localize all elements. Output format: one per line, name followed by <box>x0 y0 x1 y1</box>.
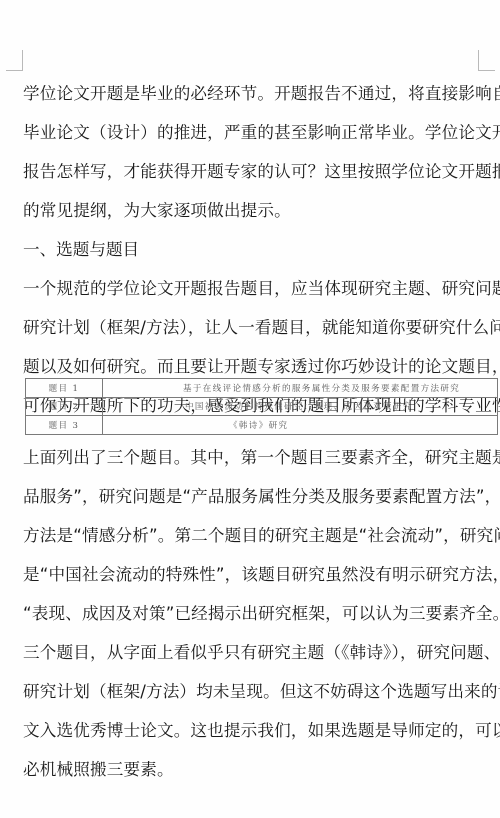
table-row: 题目 1 基于在线评论情感分析的服务属性分类及服务要素配置方法研究 <box>26 379 498 398</box>
analysis-line: 品服务”，研究问题是“产品服务属性分类及服务要素配置方法”，研究 <box>23 477 483 516</box>
analysis-line: 三个题目，从字面上看似乎只有研究主题（《韩诗》），研究问题、 <box>23 633 483 672</box>
intro-line: 的常见提纲，为大家逐项做出提示。 <box>23 191 483 230</box>
intro-line: 学位论文开题是毕业的必经环节。开题报告不通过，将直接影响自己 <box>23 74 483 113</box>
topic-label: 题目 1 <box>26 379 103 398</box>
table-row: 题目 3 《韩诗》研究 <box>26 416 498 435</box>
section-line: 研究计划（框架/方法），让人一看题目，就能知道你要研究什么问 <box>23 308 483 347</box>
analysis-line: 方法是“情感分析”。第二个题目的研究主题是“社会流动”，研究问题 <box>23 516 483 555</box>
topic-label: 题目 2 <box>26 397 103 416</box>
table-row: 题目 2 中国社会流动的特殊性研究：表现、成因及对策研究 <box>26 397 498 416</box>
topics-table-container: 题目 1 基于在线评论情感分析的服务属性分类及服务要素配置方法研究 题目 2 中… <box>25 378 498 435</box>
analysis-line: 研究计划（框架/方法）均未呈现。但这不妨碍这个选题写出来的论 <box>23 672 483 711</box>
topic-label: 题目 3 <box>26 416 103 435</box>
document-page: 学位论文开题是毕业的必经环节。开题报告不通过，将直接影响自己 毕业论文（设计）的… <box>0 0 500 818</box>
analysis-line: 是“中国社会流动的特殊性”，该题目研究虽然没有明示研究方法，但 <box>23 555 483 594</box>
topic-title: 中国社会流动的特殊性研究：表现、成因及对策研究 <box>103 397 498 416</box>
top-left-margin-mark <box>6 50 23 71</box>
topic-title: 基于在线评论情感分析的服务属性分类及服务要素配置方法研究 <box>103 379 498 398</box>
topic-title: 《韩诗》研究 <box>103 416 498 435</box>
intro-line: 毕业论文（设计）的推进，严重的甚至影响正常毕业。学位论文开题 <box>23 113 483 152</box>
top-right-margin-mark <box>478 50 495 71</box>
analysis-line: 必机械照搬三要素。 <box>23 750 483 789</box>
analysis-line: 文入选优秀博士论文。这也提示我们，如果选题是导师定的，可以不 <box>23 711 483 750</box>
intro-section: 学位论文开题是毕业的必经环节。开题报告不通过，将直接影响自己 毕业论文（设计）的… <box>23 74 483 425</box>
section-heading: 一、选题与题目 <box>23 230 483 269</box>
section-line: 一个规范的学位论文开题报告题目，应当体现研究主题、研究问题、 <box>23 269 483 308</box>
analysis-line: 上面列出了三个题目。其中，第一个题目三要素齐全，研究主题是“产 <box>23 438 483 477</box>
analysis-section: 上面列出了三个题目。其中，第一个题目三要素齐全，研究主题是“产 品服务”，研究问… <box>23 438 483 789</box>
topics-table: 题目 1 基于在线评论情感分析的服务属性分类及服务要素配置方法研究 题目 2 中… <box>25 378 498 435</box>
analysis-line: “表现、成因及对策”已经揭示出研究框架，可以认为三要素齐全。第 <box>23 594 483 633</box>
intro-line: 报告怎样写，才能获得开题专家的认可？这里按照学位论文开题报告 <box>23 152 483 191</box>
